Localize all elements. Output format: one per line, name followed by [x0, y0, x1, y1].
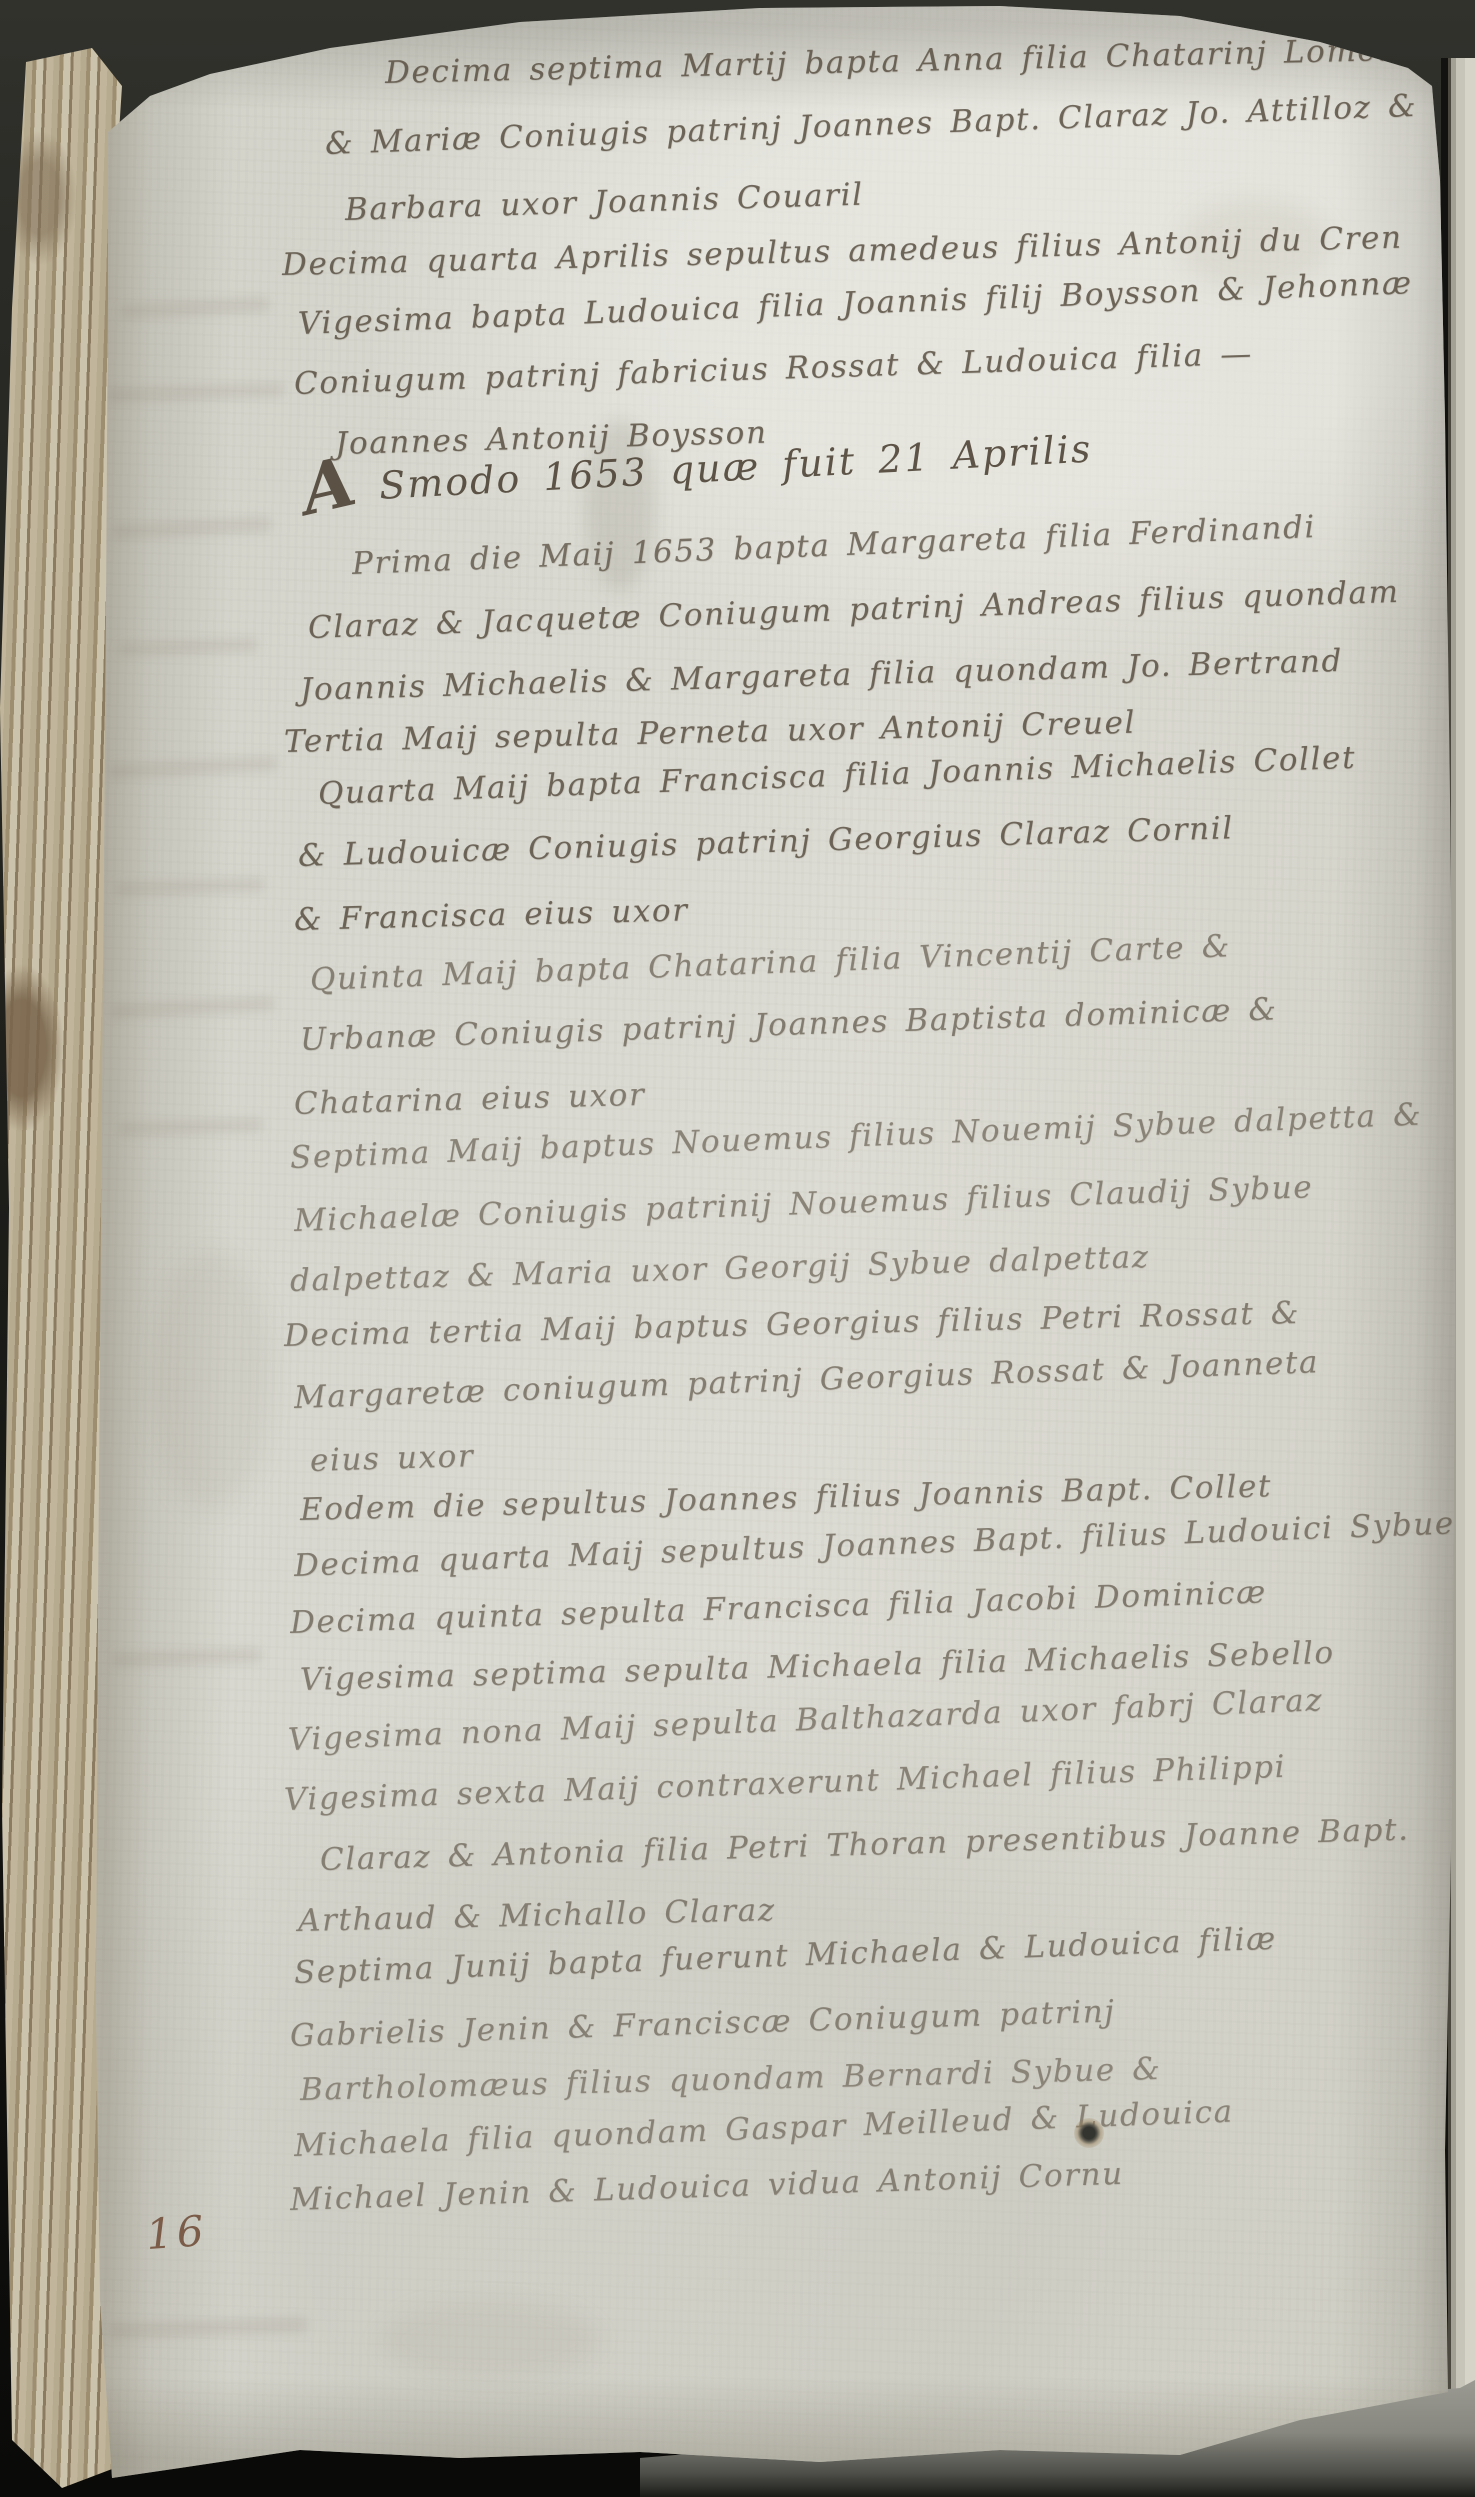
show-through-mark	[108, 756, 279, 780]
show-through-mark	[112, 516, 273, 540]
manuscript-line: Urbanæ Coniugis patrinj Joannes Baptista…	[299, 991, 1278, 1058]
manuscript-line: Margaretæ coniugum patrinj Georgius Ross…	[293, 1344, 1319, 1416]
manuscript-line: Vigesima sexta Maij contraxerunt Michael…	[283, 1749, 1286, 1818]
manuscript-line: Claraz & Jacquetæ Coniugum patrinj Andre…	[307, 574, 1400, 646]
paper-stain	[150, 1250, 270, 1510]
manuscript-page: ASmodo 1653 quæ fuit 21 Aprilis Decima s…	[0, 0, 1475, 2497]
manuscript-line: Prima die Maij 1653 bapta Margareta fili…	[351, 509, 1316, 582]
wormhole	[1074, 2118, 1104, 2148]
manuscript-line: & Mariæ Coniugis patrinj Joannes Bapt. C…	[324, 88, 1417, 162]
show-through-mark	[110, 996, 276, 1020]
photographed-manuscript-scene: { "document": { "kind": "Handwritten par…	[0, 0, 1475, 2497]
manuscript-line: Coniugum patrinj fabricius Rossat & Ludo…	[293, 336, 1253, 402]
manuscript-line: Joannis Michaelis & Margareta filia quon…	[299, 643, 1343, 708]
manuscript-line: & Ludouicæ Coniugis patrinj Georgius Cla…	[297, 810, 1234, 874]
show-through-mark	[118, 638, 258, 657]
folio-number: 16	[144, 2206, 209, 2259]
show-through-mark	[120, 296, 271, 320]
manuscript-line: Chatarina eius uxor	[294, 1077, 646, 1122]
manuscript-line: Arthaud & Michallo Claraz	[298, 1892, 776, 1939]
manuscript-line: eius uxor	[309, 1438, 474, 1479]
manuscript-line: Decima septima Martij bapta Anna filia C…	[385, 31, 1444, 91]
manuscript-line: dalpettaz & Maria uxor Georgij Sybue dal…	[289, 1239, 1150, 1299]
manuscript-line: Michael Jenin & Ludouica vidua Antonij C…	[289, 2156, 1124, 2218]
manuscript-line: Claraz & Antonia filia Petri Thoran pres…	[319, 1812, 1409, 1878]
manuscript-line: Barbara uxor Joannis Couaril	[344, 177, 864, 228]
manuscript-line: Michaelæ Coniugis patrinij Nouemus filiu…	[293, 1169, 1313, 1239]
manuscript-line: Gabrielis Jenin & Franciscæ Coniugum pat…	[289, 1994, 1115, 2054]
manuscript-line: Decima tertia Maij baptus Georgius filiu…	[284, 1295, 1301, 1354]
show-through-mark	[118, 1117, 263, 1136]
manuscript-line: & Francisca eius uxor	[294, 892, 689, 938]
manuscript-line: Decima quinta sepulta Francisca filia Ja…	[289, 1574, 1267, 1641]
show-through-mark	[115, 877, 265, 896]
show-through-mark	[105, 382, 285, 403]
show-through-mark	[108, 2317, 308, 2340]
manuscript-line: Quinta Maij bapta Chatarina filia Vincen…	[309, 928, 1231, 998]
manuscript-line: Bartholomæus filius quondam Bernardi Syb…	[300, 2051, 1162, 2108]
paper-stain	[380, 2300, 600, 2380]
show-through-mark	[112, 1647, 262, 1667]
